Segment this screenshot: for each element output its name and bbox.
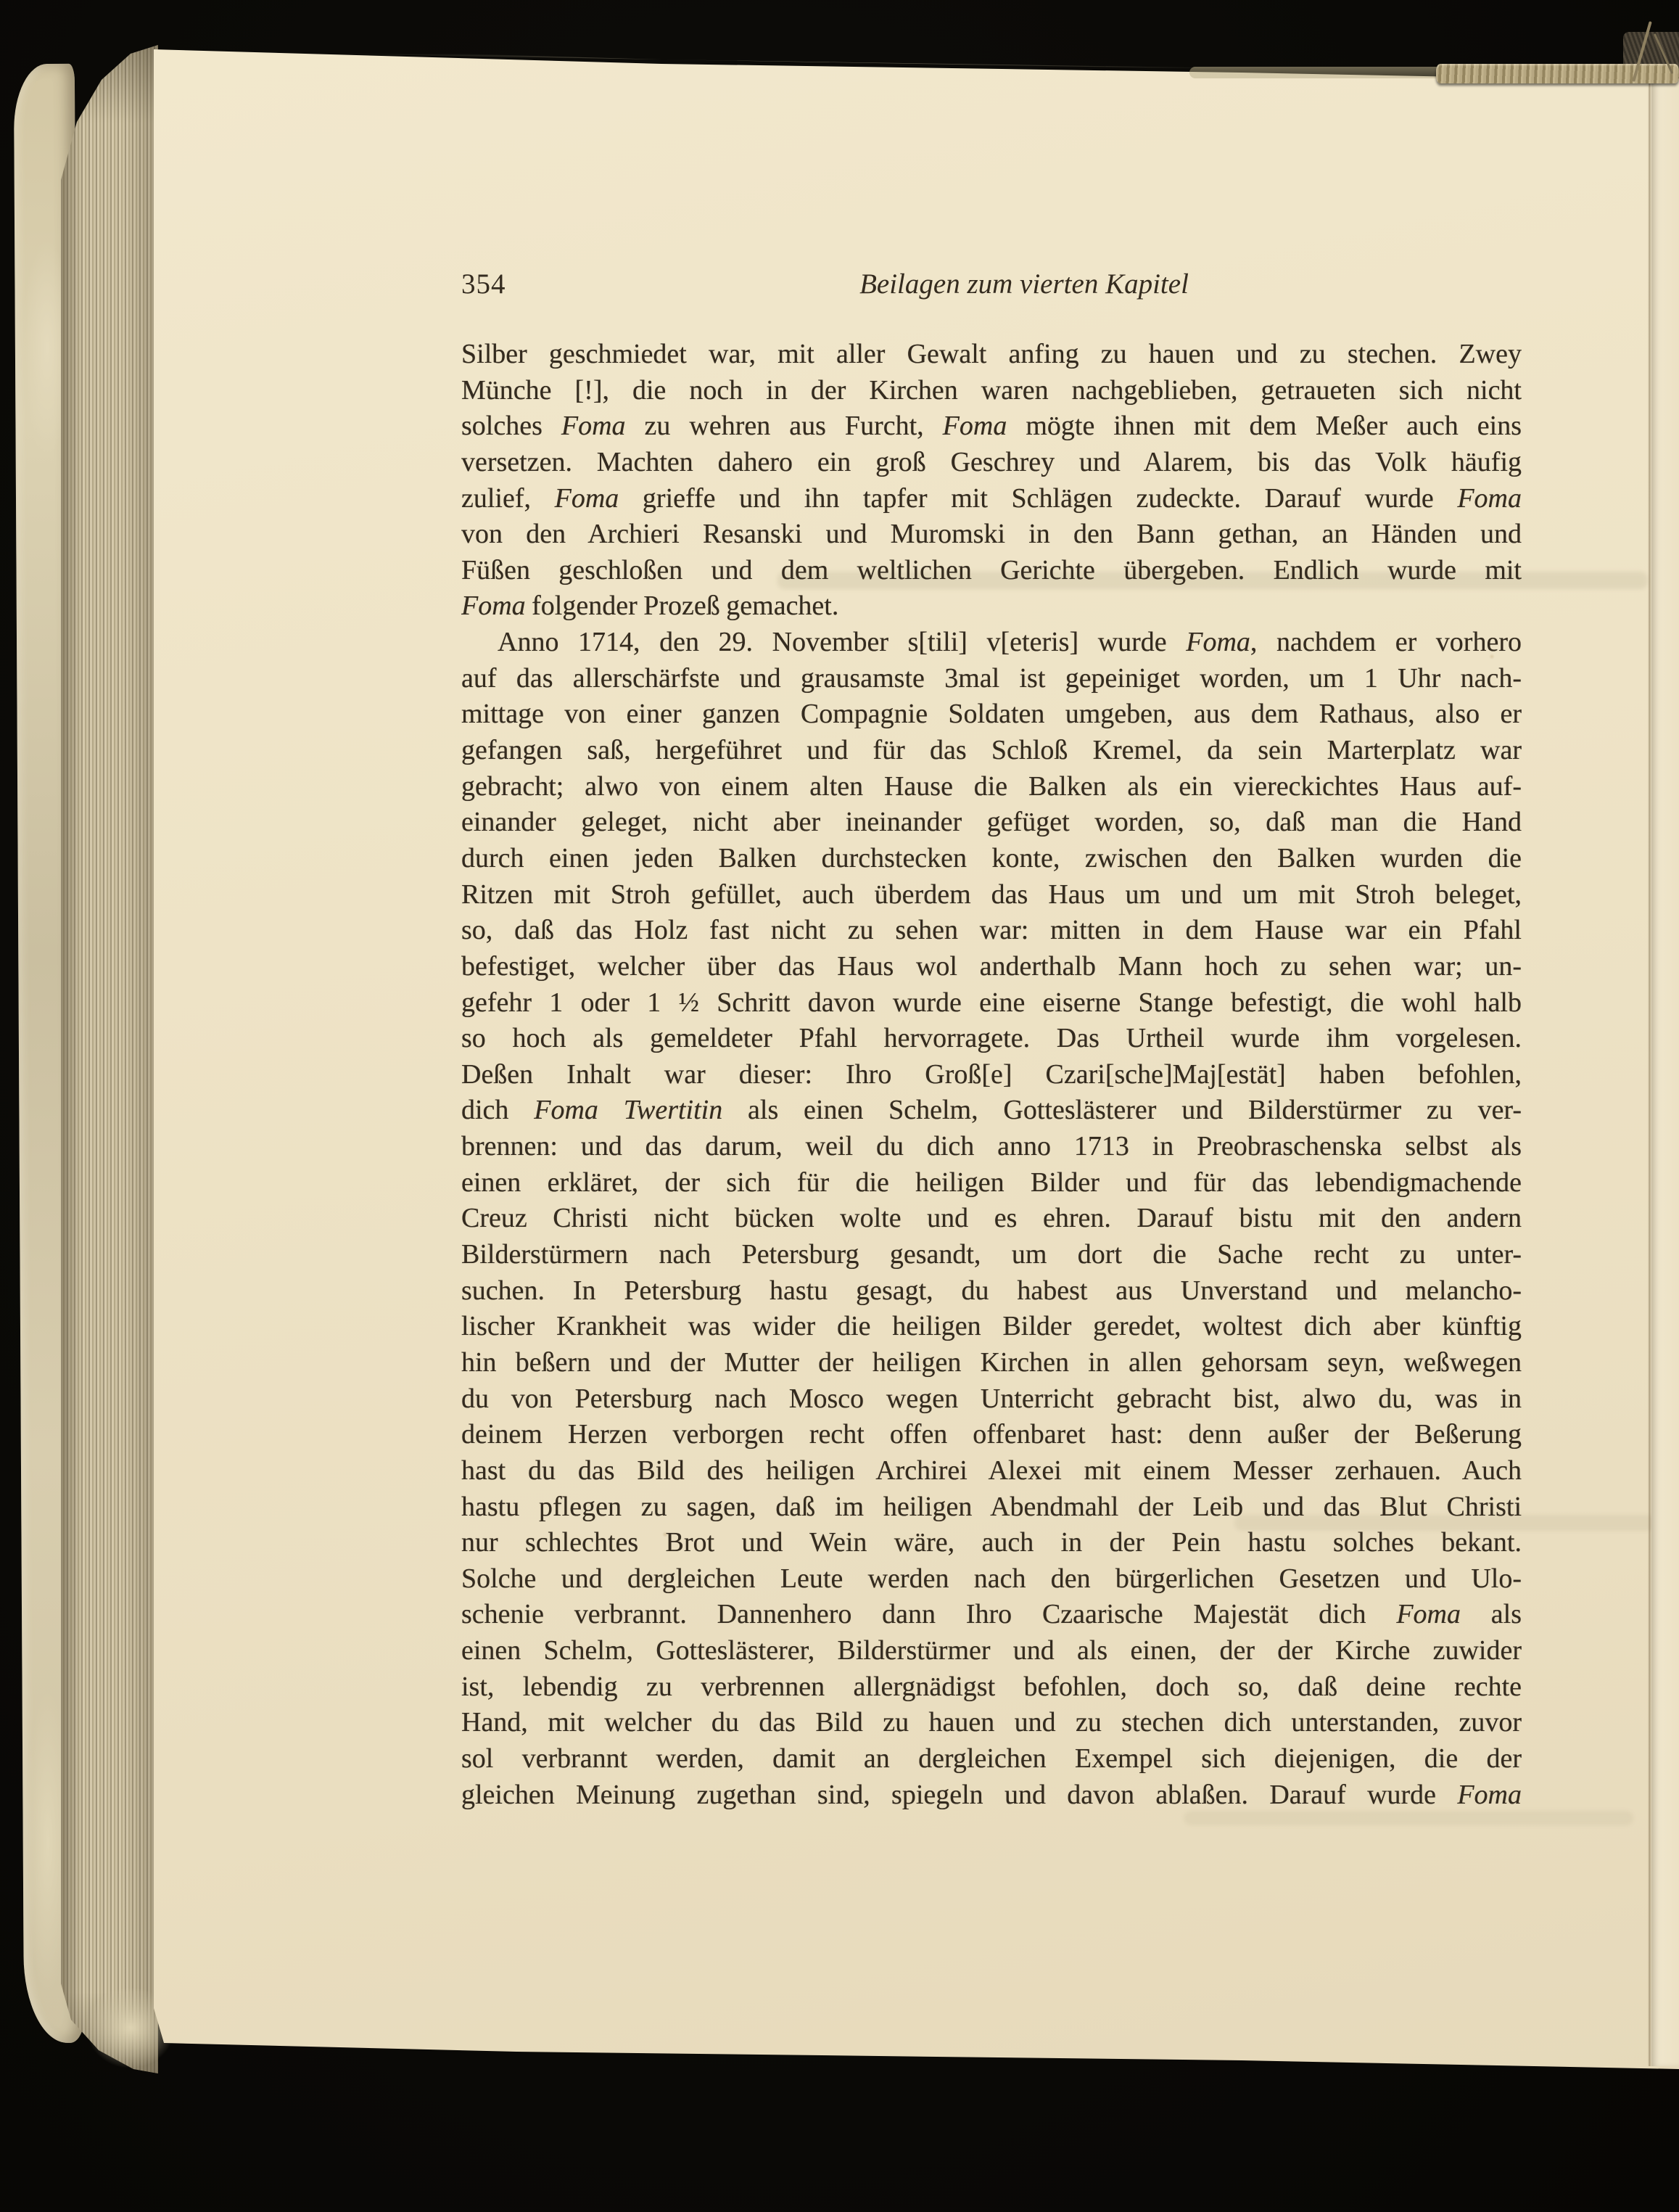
text-line: versetzen. Machten dahero ein groß Gesch… [461, 445, 1522, 481]
text-line: durch einen jeden Balken durchstecken ko… [461, 841, 1522, 877]
text-line: Anno 1714, den 29. November s[tili] v[et… [461, 625, 1522, 661]
text-line: Bilderstürmern nach Petersburg gesandt, … [461, 1237, 1522, 1273]
text-line: gleichen Meinung zugethan sind, spiegeln… [461, 1777, 1522, 1814]
headband-fragment [1189, 67, 1443, 78]
text-line: Silber geschmiedet war, mit aller Gewalt… [461, 337, 1522, 373]
italic-text: Foma [1457, 1780, 1522, 1810]
text-line: Füßen geschloßen und dem weltlichen Geri… [461, 553, 1522, 589]
running-title: Beilagen zum vierten Kapitel [859, 268, 1189, 300]
text-line: gefehr 1 oder 1 ½ Schritt davon wurde ei… [461, 985, 1522, 1021]
italic-text: Foma [561, 411, 626, 441]
italic-text: Foma [555, 483, 619, 514]
text-line: gebracht; alwo von einem alten Hause die… [461, 769, 1522, 805]
text-line: Solche und dergleichen Leute werden nach… [461, 1561, 1522, 1598]
body-text: Silber geschmiedet war, mit aller Gewalt… [461, 337, 1522, 1813]
text-line: hastu pflegen zu sagen, daß im heiligen … [461, 1489, 1522, 1526]
italic-text: Foma [1186, 627, 1250, 657]
text-line: Foma folgender Prozeß gemachet. [461, 588, 1522, 625]
text-line: so, daß das Holz fast nicht zu sehen war… [461, 913, 1522, 949]
text-line: hast du das Bild des heiligen Archirei A… [461, 1453, 1522, 1489]
text-line: suchen. In Petersburg hastu gesagt, du h… [461, 1273, 1522, 1309]
text-line: gefangen saß, hergeführet und für das Sc… [461, 733, 1522, 769]
text-line: du von Petersburg nach Mosco wegen Unter… [461, 1381, 1522, 1418]
headband-weave [1436, 64, 1679, 83]
text-line: Ritzen mit Stroh gefüllet, auch überdem … [461, 877, 1522, 913]
text-line: Münche [!], die noch in der Kirchen ware… [461, 373, 1522, 409]
stacked-page-edges-shading [61, 42, 158, 2073]
text-line: sol verbrannt werden, damit an dergleich… [461, 1741, 1522, 1777]
text-line: einander geleget, nicht aber ineinander … [461, 805, 1522, 841]
italic-text: Foma [1396, 1599, 1461, 1629]
text-line: deinem Herzen verborgen recht offen offe… [461, 1417, 1522, 1453]
text-line: hin beßern und der Mutter der heiligen K… [461, 1345, 1522, 1381]
text-line: mittage von einer ganzen Compagnie Solda… [461, 696, 1522, 733]
italic-text: Foma Twertitin [534, 1095, 722, 1125]
text-line: Hand, mit welcher du das Bild zu hauen u… [461, 1705, 1522, 1741]
text-line: einen Schelm, Gotteslästerer, Bilderstür… [461, 1633, 1522, 1669]
text-line: solches Foma zu wehren aus Furcht, Foma … [461, 408, 1522, 445]
book-scan-background: { "page_scan": { "page_number": "354", "… [0, 0, 1679, 2212]
text-line: Deßen Inhalt war dieser: Ihro Groß[e] Cz… [461, 1057, 1522, 1093]
page-fold-sliver [1651, 78, 1679, 2066]
text-line: auf das allerschärfste und grausamste 3m… [461, 661, 1522, 697]
text-line: Creuz Christi nicht bücken wolte und es … [461, 1201, 1522, 1237]
text-line: so hoch als gemeldeter Pfahl hervorraget… [461, 1021, 1522, 1057]
text-line: lischer Krankheit was wider die heiligen… [461, 1309, 1522, 1345]
italic-text: Foma [461, 591, 526, 621]
text-line: einen erkläret, der sich für die heilige… [461, 1165, 1522, 1201]
text-line: schenie verbrannt. Dannenhero dann Ihro … [461, 1597, 1522, 1633]
text-line: von den Archieri Resanski und Muromski i… [461, 517, 1522, 553]
text-line: befestiget, welcher über das Haus wol an… [461, 949, 1522, 985]
text-line: dich Foma Twertitin als einen Schelm, Go… [461, 1093, 1522, 1129]
italic-text: Foma [1457, 483, 1522, 514]
page-number: 354 [461, 268, 506, 300]
text-line: ist, lebendig zu verbrennen allergnädigs… [461, 1669, 1522, 1706]
italic-text: Foma [943, 411, 1007, 441]
text-line: nur schlechtes Brot und Wein wäre, auch … [461, 1525, 1522, 1561]
text-line: brennen: und das darum, weil du dich ann… [461, 1129, 1522, 1165]
text-line: zulief, Foma grieffe und ihn tapfer mit … [461, 481, 1522, 517]
